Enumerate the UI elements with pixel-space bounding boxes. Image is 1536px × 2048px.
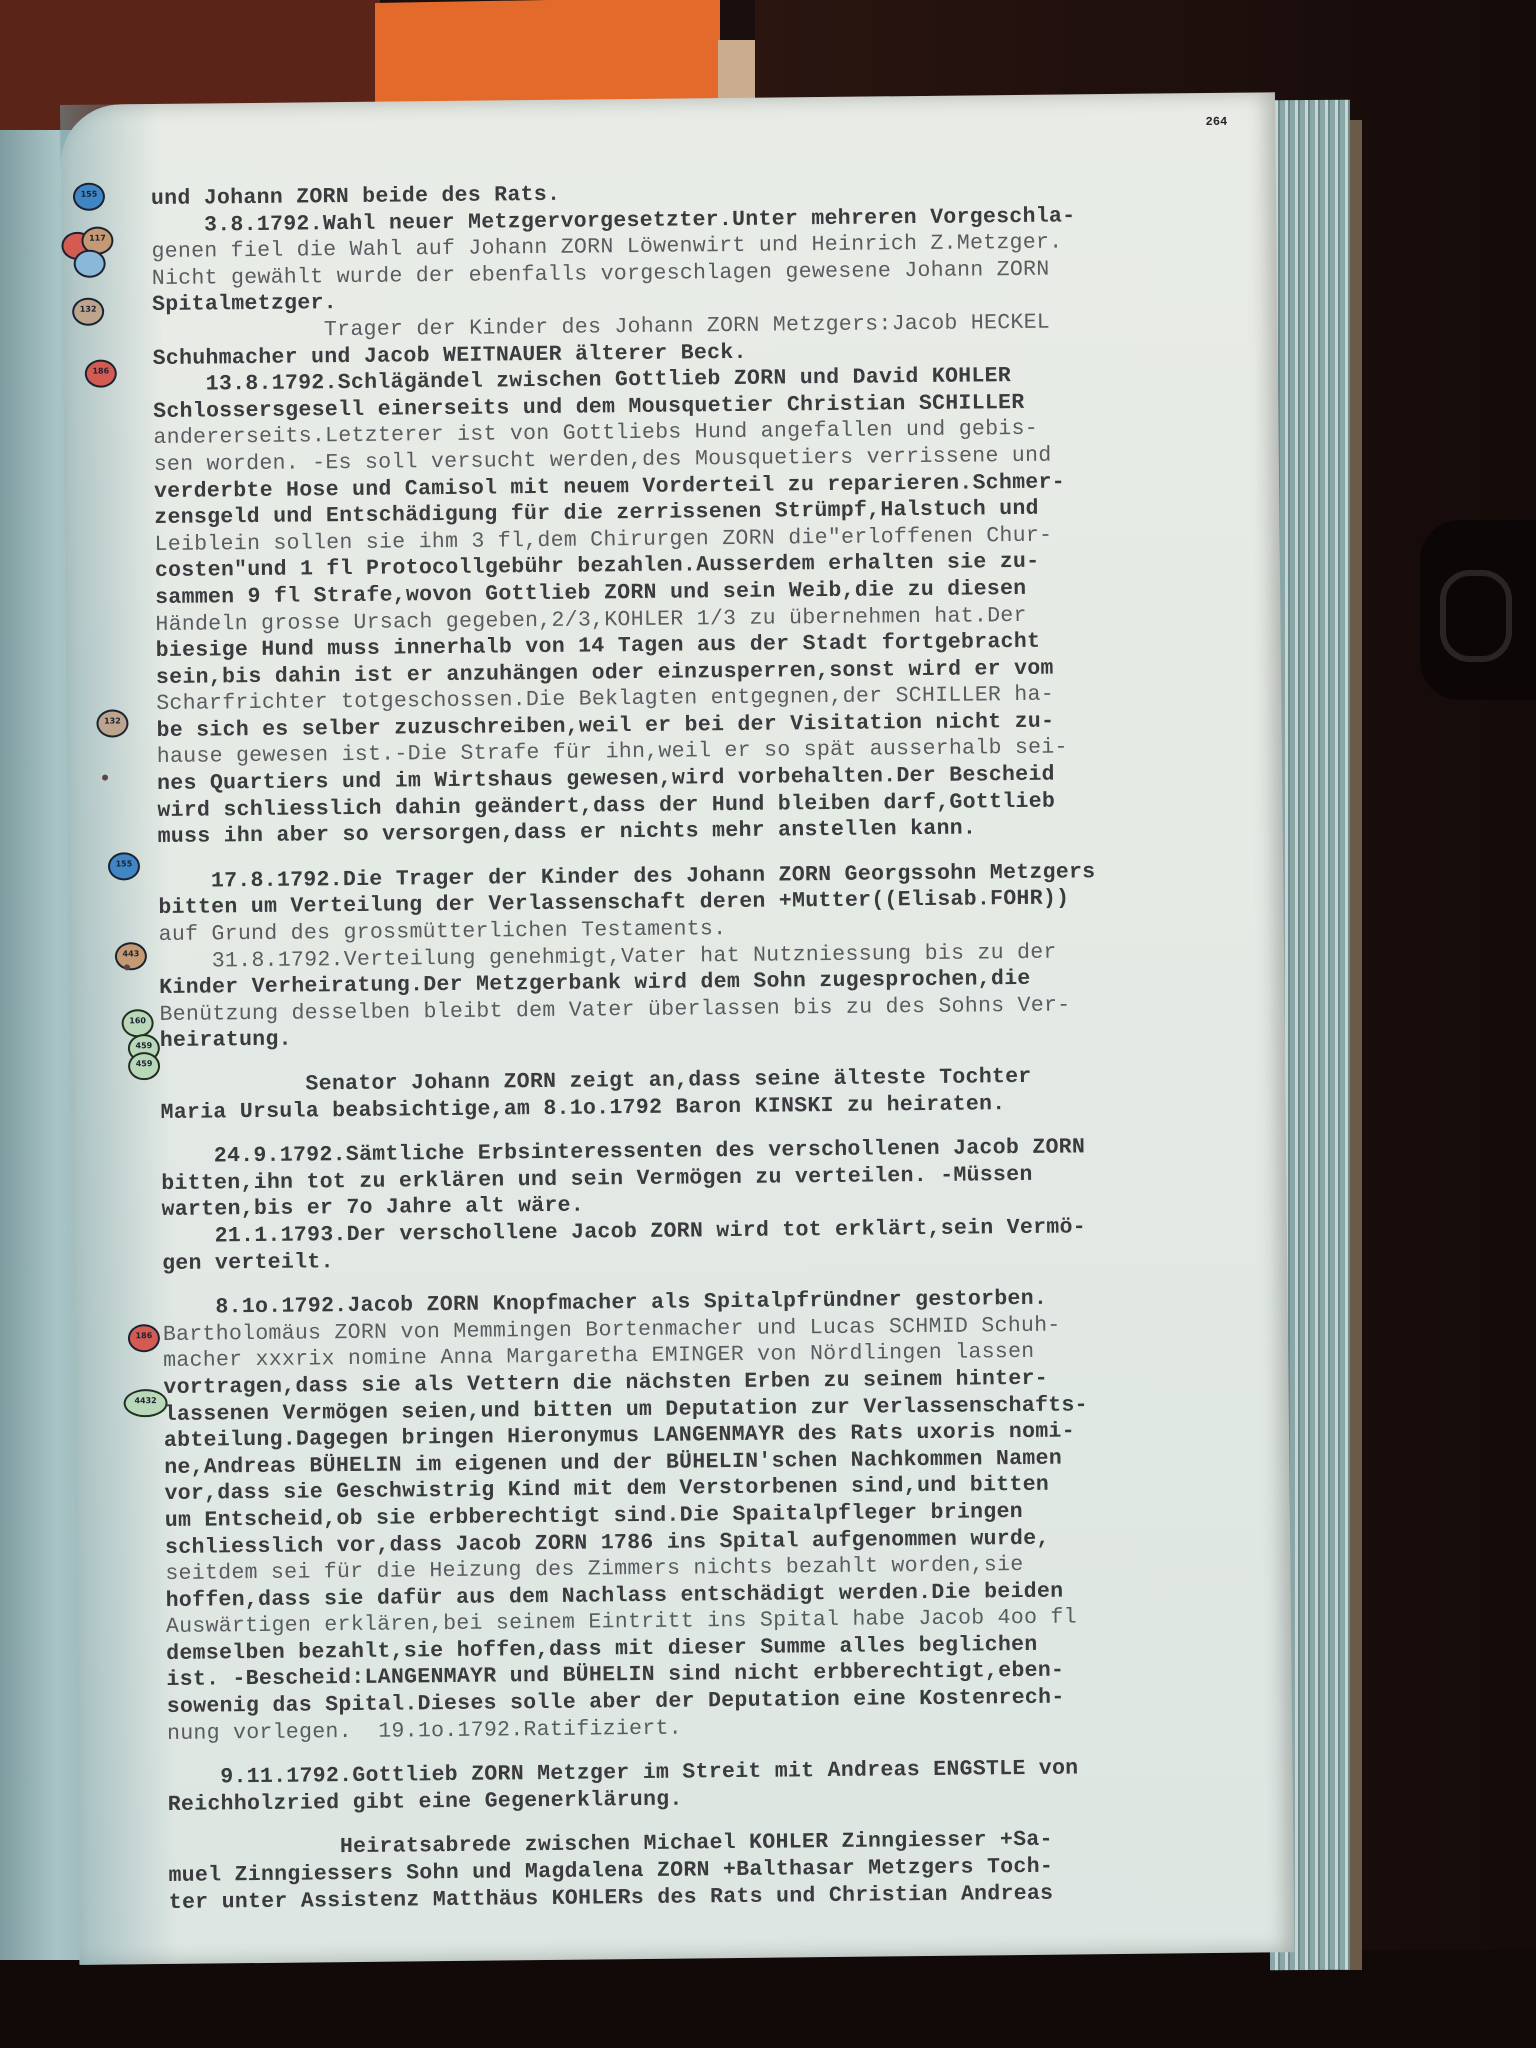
page-number: 264: [1206, 115, 1228, 129]
margin-stamp: 459: [128, 1052, 160, 1080]
margin-stamp: 132: [72, 298, 104, 326]
margin-stamp: 132: [96, 709, 128, 737]
document-page: 264 155117132186132155443160459459186443…: [60, 92, 1294, 1965]
margin-stamp: 186: [85, 359, 117, 387]
typewritten-text: und Johann ZORN beide des Rats. 3.8.1792…: [151, 175, 1259, 1917]
margin-dot-mark: [124, 964, 130, 970]
margin-stamp: 4432: [123, 1389, 167, 1417]
margin-stamp: 443: [115, 942, 147, 970]
margin-stamp: 155: [73, 183, 105, 211]
margin-stamp: 155: [108, 852, 140, 880]
margin-stamp: 186: [128, 1324, 160, 1352]
margin-stamp: [74, 250, 106, 278]
margin-dot-mark: [102, 775, 108, 781]
margin-stamp: 160: [121, 1009, 153, 1037]
mug-object: [1420, 520, 1536, 700]
